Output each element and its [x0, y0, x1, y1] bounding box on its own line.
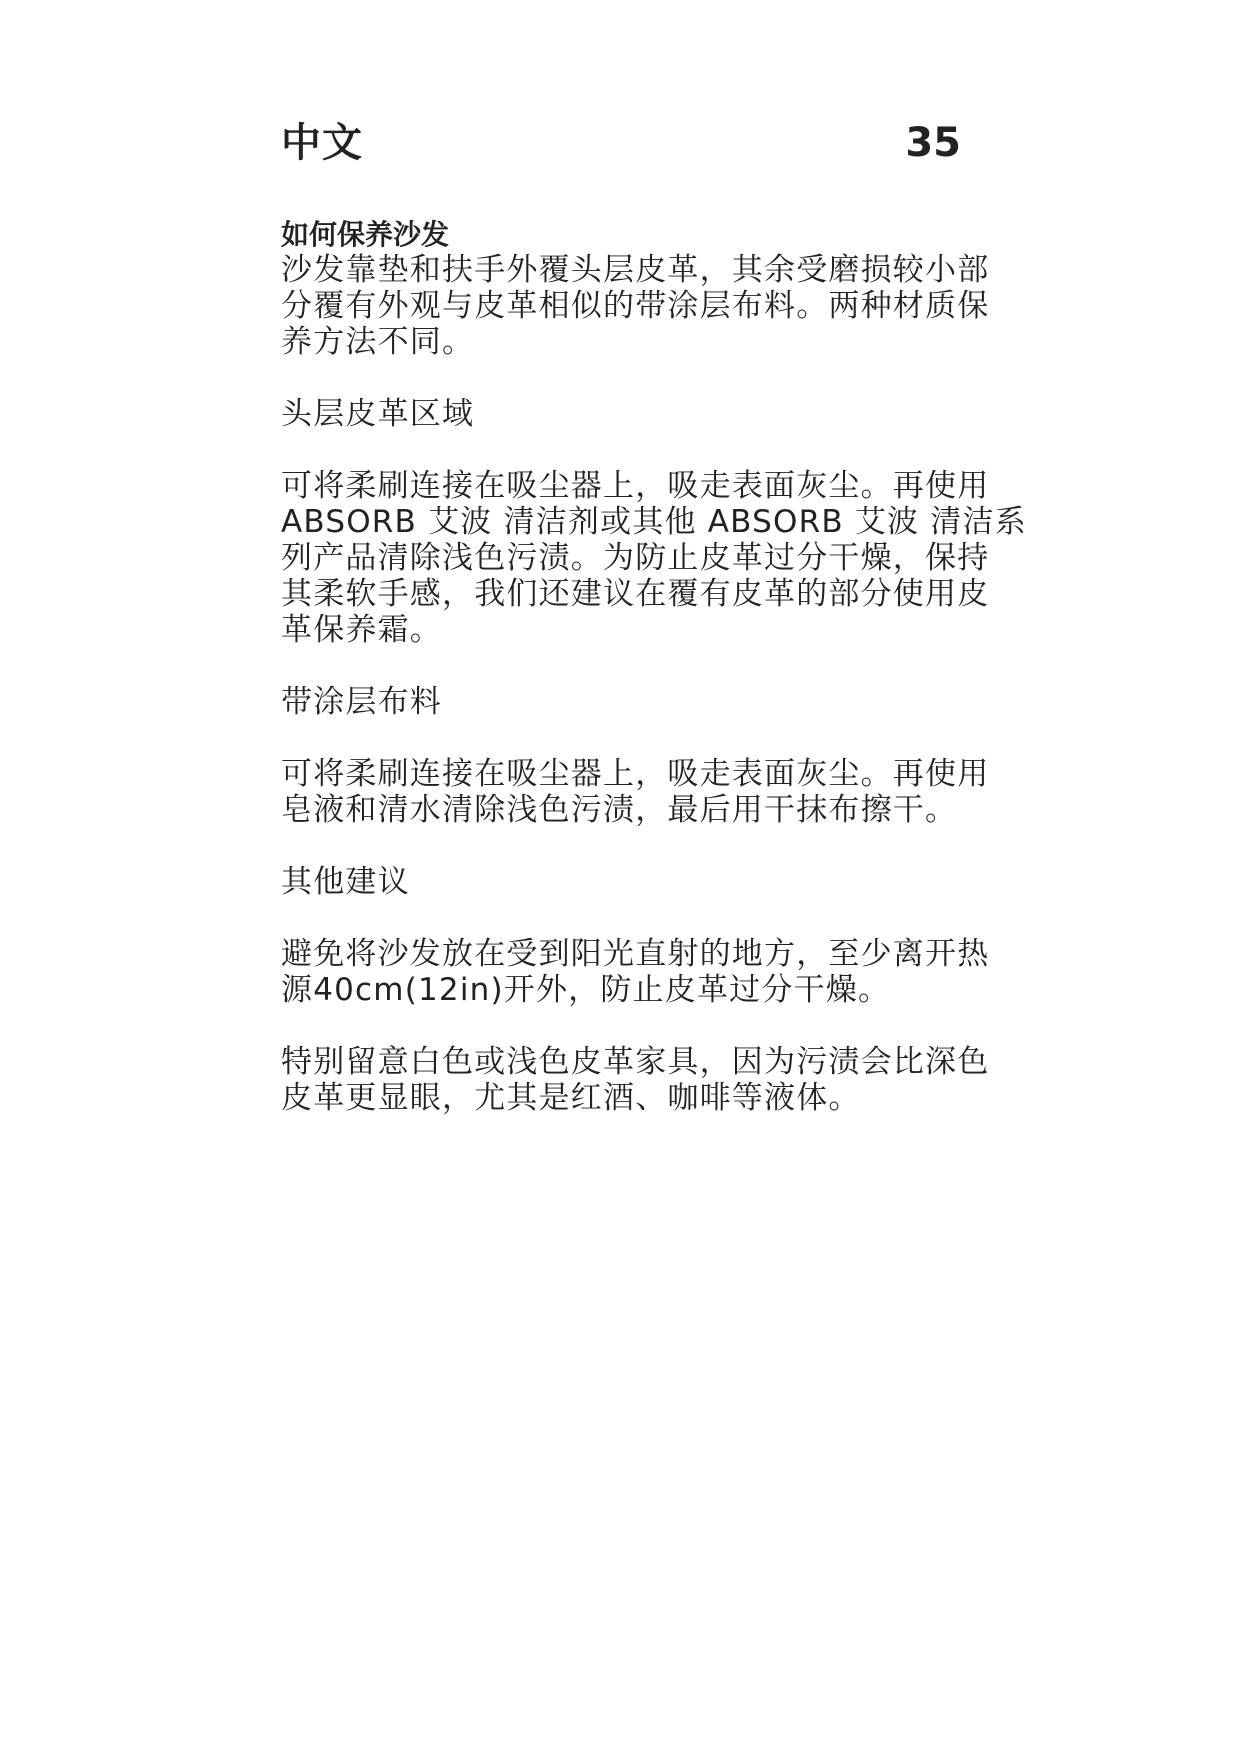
spacer [281, 720, 981, 756]
paragraph: 避免将沙发放在受到阳光直射的地方，至少离开热 源40cm(12in)开外，防止皮… [281, 936, 981, 1008]
spacer [281, 432, 981, 468]
text-line: 皂液和清水清除浅色污渍，最后用干抹布擦干。 [281, 792, 981, 828]
document-body: 如何保养沙发 沙发靠垫和扶手外覆头层皮革，其余受磨损较小部 分覆有外观与皮革相似… [281, 218, 981, 1116]
text-line: 可将柔刷连接在吸尘器上，吸走表面灰尘。再使用 [281, 468, 981, 504]
text-line: 沙发靠垫和扶手外覆头层皮革，其余受磨损较小部 [281, 252, 981, 288]
section-heading: 其他建议 [281, 864, 981, 900]
spacer [281, 648, 981, 684]
document-title: 如何保养沙发 [281, 218, 981, 252]
text-line: 皮革更显眼，尤其是红酒、咖啡等液体。 [281, 1080, 981, 1116]
section-coated-fabric: 带涂层布料 可将柔刷连接在吸尘器上，吸走表面灰尘。再使用 皂液和清水清除浅色污渍… [281, 684, 981, 828]
intro-paragraph: 沙发靠垫和扶手外覆头层皮革，其余受磨损较小部 分覆有外观与皮革相似的带涂层布料。… [281, 252, 981, 360]
text-line: 养方法不同。 [281, 324, 981, 360]
section-genuine-leather: 头层皮革区域 可将柔刷连接在吸尘器上，吸走表面灰尘。再使用 ABSORB 艾波 … [281, 396, 981, 648]
section-heading: 头层皮革区域 [281, 396, 981, 432]
spacer [281, 900, 981, 936]
paragraph: 可将柔刷连接在吸尘器上，吸走表面灰尘。再使用 皂液和清水清除浅色污渍，最后用干抹… [281, 756, 981, 828]
section-heading: 带涂层布料 [281, 684, 981, 720]
text-line: 列产品清除浅色污渍。为防止皮革过分干燥，保持 [281, 540, 981, 576]
text-line: 避免将沙发放在受到阳光直射的地方，至少离开热 [281, 936, 981, 972]
page-number: 35 [905, 118, 961, 168]
spacer [281, 828, 981, 864]
language-label: 中文 [281, 118, 363, 168]
text-line: 其柔软手感，我们还建议在覆有皮革的部分使用皮 [281, 576, 981, 612]
section-other-advice: 其他建议 避免将沙发放在受到阳光直射的地方，至少离开热 源40cm(12in)开… [281, 864, 981, 1116]
page-header: 中文 35 [281, 118, 961, 168]
paragraph: 可将柔刷连接在吸尘器上，吸走表面灰尘。再使用 ABSORB 艾波 清洁剂或其他 … [281, 468, 981, 648]
text-line: 分覆有外观与皮革相似的带涂层布料。两种材质保 [281, 288, 981, 324]
text-line: 源40cm(12in)开外，防止皮革过分干燥。 [281, 972, 981, 1008]
spacer [281, 1008, 981, 1044]
text-line: ABSORB 艾波 清洁剂或其他 ABSORB 艾波 清洁系 [281, 504, 981, 540]
text-line: 特别留意白色或浅色皮革家具，因为污渍会比深色 [281, 1044, 981, 1080]
text-line: 可将柔刷连接在吸尘器上，吸走表面灰尘。再使用 [281, 756, 981, 792]
spacer [281, 360, 981, 396]
paragraph: 特别留意白色或浅色皮革家具，因为污渍会比深色 皮革更显眼，尤其是红酒、咖啡等液体… [281, 1044, 981, 1116]
text-line: 革保养霜。 [281, 612, 981, 648]
